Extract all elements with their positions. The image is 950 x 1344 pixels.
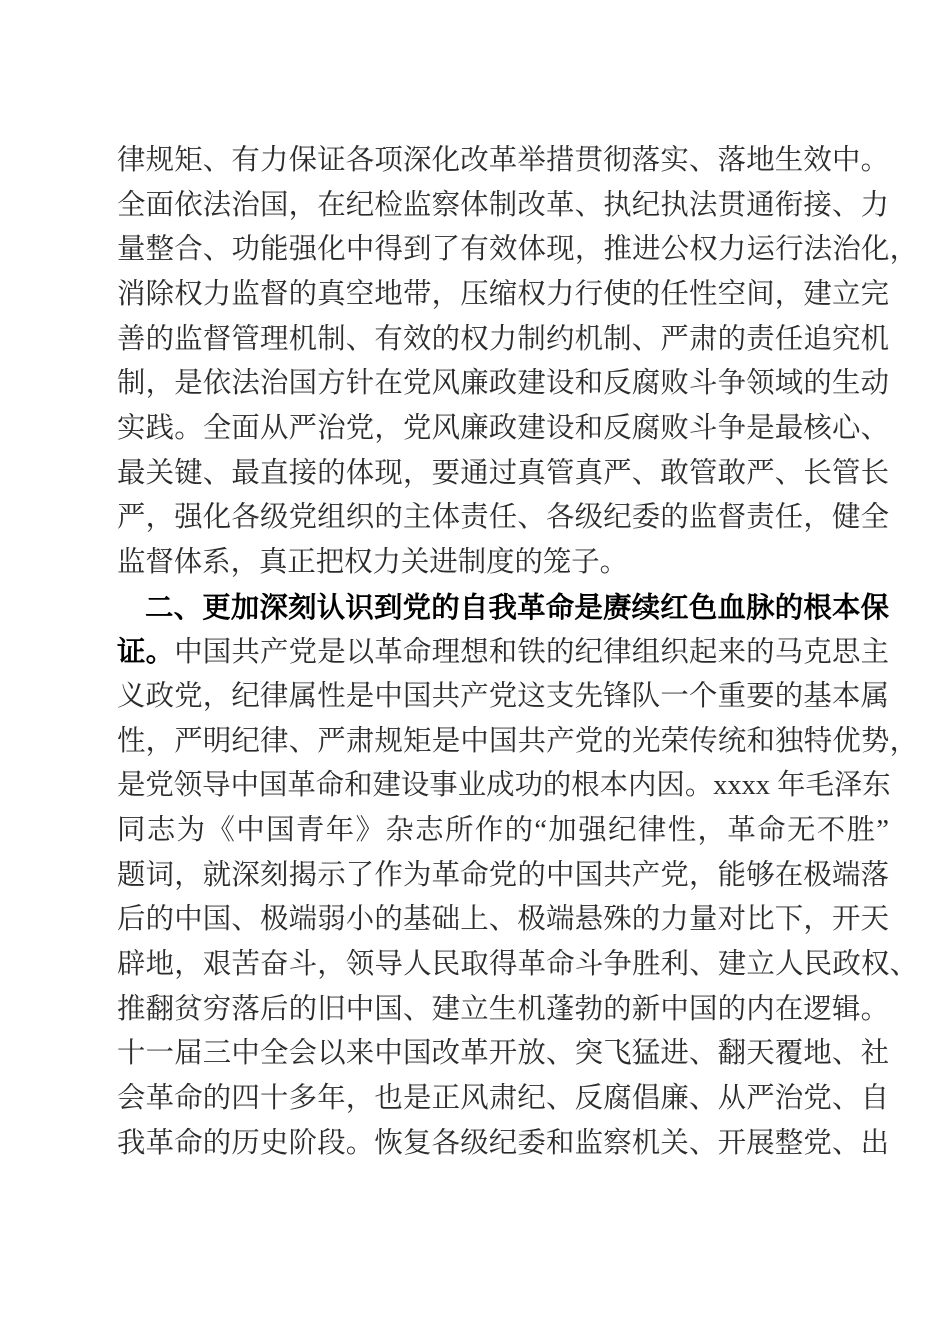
section-heading-line: 二、更加深刻认识到党的自我革命是赓续红色血脉的根本保	[117, 586, 889, 631]
text-line: 性，严明纪律、严肃规矩是中国共产党的光荣传统和独特优势，	[117, 720, 918, 765]
text-run: 后的中国、极端弱小的基础上、极端悬殊的力量对比下，开天	[117, 904, 889, 935]
text-run: 全面依法治国，在纪检监察体制改革、执纪执法贯通衔接、力	[117, 190, 889, 221]
text-run: 会革命的四十多年，也是正风肃纪、反腐倡廉、从严治党、自	[117, 1083, 889, 1114]
text-run: 律规矩、有力保证各项深化改革举措贯彻落实、落地生效中。	[117, 145, 889, 176]
text-line: 全面依法治国，在纪检监察体制改革、执纪执法贯通衔接、力	[117, 184, 889, 229]
text-run: 善的监督管理机制、有效的权力制约机制、严肃的责任追究机	[117, 324, 889, 355]
text-line: 善的监督管理机制、有效的权力制约机制、严肃的责任追究机	[117, 318, 889, 363]
text-run: 制，是依法治国方针在党风廉政建设和反腐败斗争领域的生动	[117, 368, 889, 399]
document-page: 律规矩、有力保证各项深化改革举措贯彻落实、落地生效中。全面依法治国，在纪检监察体…	[0, 0, 950, 1344]
text-run: 性，严明纪律、严肃规矩是中国共产党的光荣传统和独特优势，	[117, 726, 918, 757]
text-line: 后的中国、极端弱小的基础上、极端悬殊的力量对比下，开天	[117, 898, 889, 943]
text-line: 量整合、功能强化中得到了有效体现，推进公权力运行法治化，	[117, 228, 918, 273]
text-line: 制，是依法治国方针在党风廉政建设和反腐败斗争领域的生动	[117, 362, 889, 407]
text-line: 义政党，纪律属性是中国共产党这支先锋队一个重要的基本属	[117, 675, 889, 720]
text-run: 义政党，纪律属性是中国共产党这支先锋队一个重要的基本属	[117, 681, 889, 712]
text-line: 是党领导中国革命和建设事业成功的根本内因。xxxx 年毛泽东	[117, 764, 889, 809]
text-line: 最关键、最直接的体现，要通过真管真严、敢管敢严、长管长	[117, 452, 889, 497]
text-line: 严，强化各级党组织的主体责任、各级纪委的监督责任，健全	[117, 496, 889, 541]
text-line: 题词，就深刻揭示了作为革命党的中国共产党，能够在极端落	[117, 854, 889, 899]
document-text: 律规矩、有力保证各项深化改革举措贯彻落实、落地生效中。全面依法治国，在纪检监察体…	[117, 139, 889, 1166]
text-run: 辟地，艰苦奋斗，领导人民取得革命斗争胜利、建立人民政权、	[117, 949, 918, 980]
text-line: 证。中国共产党是以革命理想和铁的纪律组织起来的马克思主	[117, 630, 889, 675]
text-run: 消除权力监督的真空地带，压缩权力行使的任性空间，建立完	[117, 279, 889, 310]
text-line: 推翻贫穷落后的旧中国、建立生机蓬勃的新中国的内在逻辑。	[117, 988, 889, 1033]
text-run: 量整合、功能强化中得到了有效体现，推进公权力运行法治化，	[117, 234, 918, 265]
text-run: 十一届三中全会以来中国改革开放、突飞猛进、翻天覆地、社	[117, 1038, 889, 1069]
text-line: 实践。全面从严治党，党风廉政建设和反腐败斗争是最核心、	[117, 407, 889, 452]
text-line: 十一届三中全会以来中国改革开放、突飞猛进、翻天覆地、社	[117, 1032, 889, 1077]
text-line: 会革命的四十多年，也是正风肃纪、反腐倡廉、从严治党、自	[117, 1077, 889, 1122]
text-line: 消除权力监督的真空地带，压缩权力行使的任性空间，建立完	[117, 273, 889, 318]
text-run: 中国共产党是以革命理想和铁的纪律组织起来的马克思主	[174, 637, 889, 668]
text-run: 严，强化各级党组织的主体责任、各级纪委的监督责任，健全	[117, 502, 889, 533]
text-run: 是党领导中国革命和建设事业成功的根本内因。xxxx 年毛泽东	[117, 770, 891, 801]
text-line: 我革命的历史阶段。恢复各级纪委和监察机关、开展整党、出	[117, 1122, 889, 1167]
text-line: 辟地，艰苦奋斗，领导人民取得革命斗争胜利、建立人民政权、	[117, 943, 918, 988]
text-run: 我革命的历史阶段。恢复各级纪委和监察机关、开展整党、出	[117, 1128, 889, 1159]
text-run: 监督体系，真正把权力关进制度的笼子。	[117, 547, 628, 578]
bold-text-run: 二、更加深刻认识到党的自我革命是赓续红色血脉的根本保	[145, 592, 889, 624]
text-run: 推翻贫穷落后的旧中国、建立生机蓬勃的新中国的内在逻辑。	[117, 994, 889, 1025]
bold-text-run: 证。	[117, 636, 174, 668]
text-line: 监督体系，真正把权力关进制度的笼子。	[117, 541, 889, 586]
text-run: 最关键、最直接的体现，要通过真管真严、敢管敢严、长管长	[117, 458, 889, 489]
text-line: 律规矩、有力保证各项深化改革举措贯彻落实、落地生效中。	[117, 139, 889, 184]
text-run: 实践。全面从严治党，党风廉政建设和反腐败斗争是最核心、	[117, 413, 889, 444]
text-line: 同志为《中国青年》杂志所作的“加强纪律性，革命无不胜”	[117, 809, 889, 854]
text-run: 同志为《中国青年》杂志所作的“加强纪律性，革命无不胜”	[117, 815, 889, 846]
text-run: 题词，就深刻揭示了作为革命党的中国共产党，能够在极端落	[117, 860, 889, 891]
